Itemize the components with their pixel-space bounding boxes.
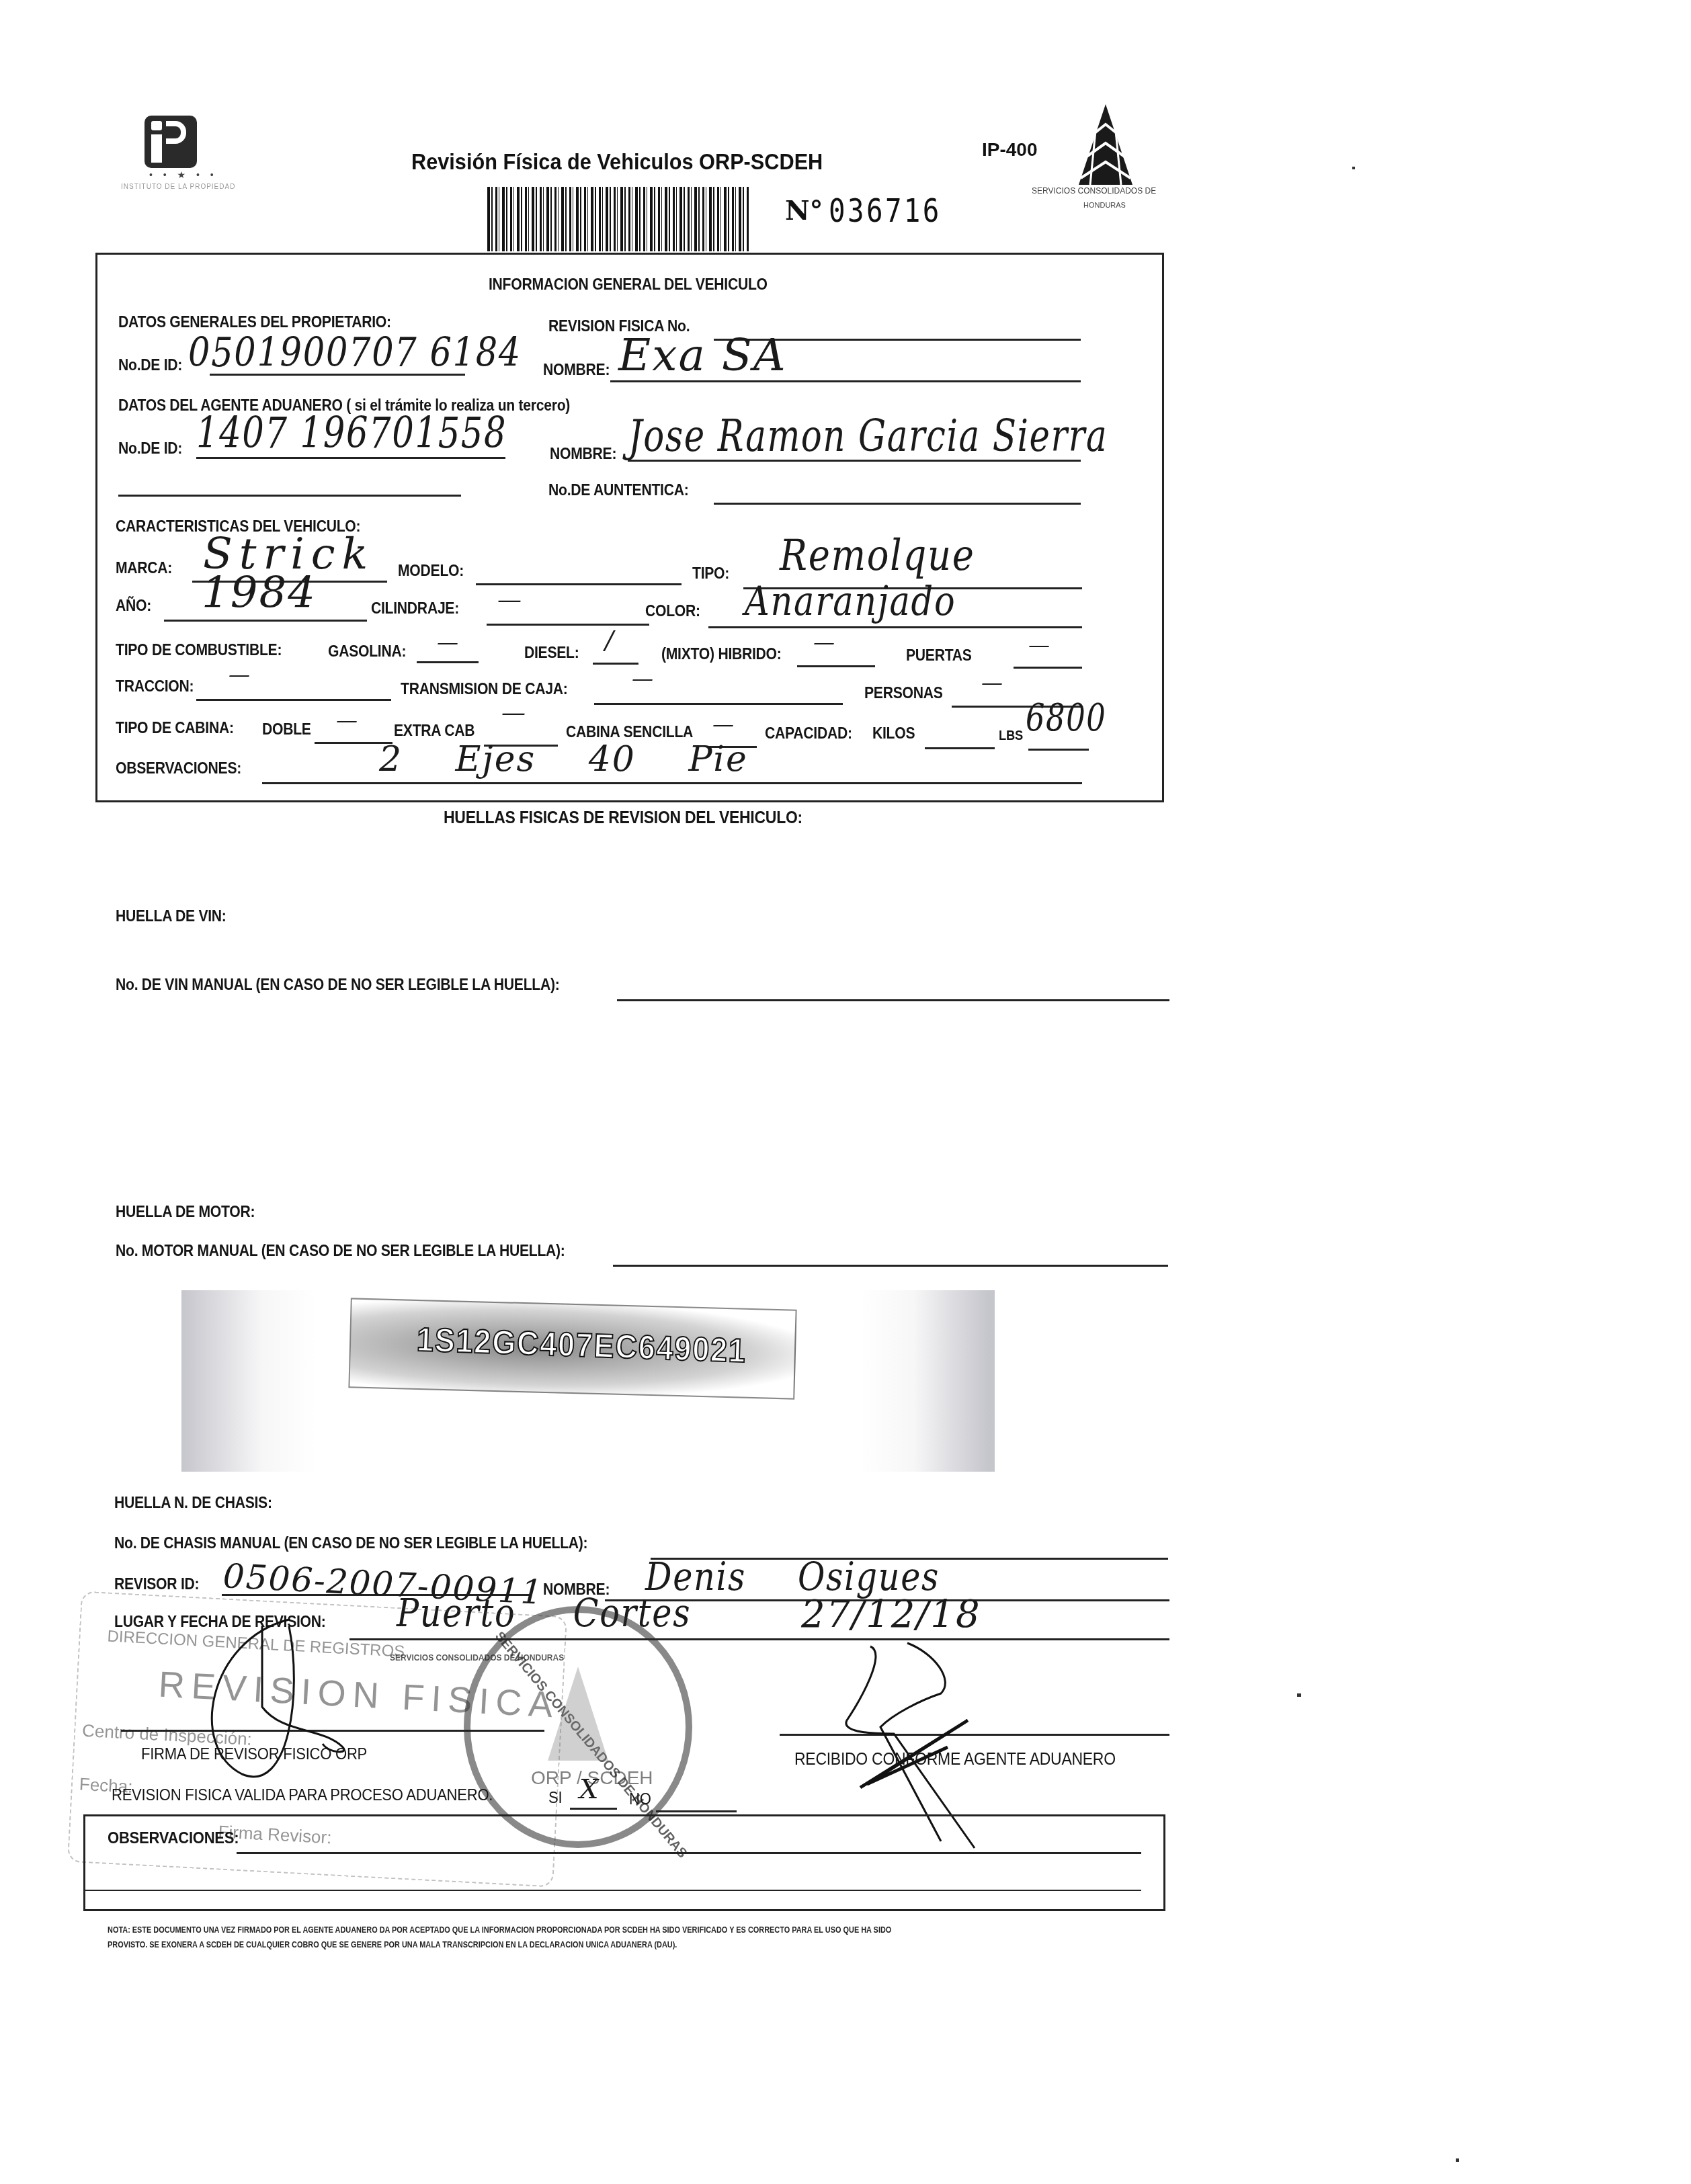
motor-print-image: 1S12GC407EC649021 bbox=[181, 1290, 995, 1472]
marca-label: MARCA: bbox=[116, 559, 172, 577]
ip-logo-stars: • • ★ • • bbox=[149, 169, 218, 181]
hibrido-value: — bbox=[813, 629, 836, 655]
obs-label: OBSERVACIONES: bbox=[108, 1829, 239, 1848]
vin-manual-field[interactable] bbox=[617, 999, 1169, 1001]
page-title: Revisión Física de Vehiculos ORP-SCDEH bbox=[411, 149, 823, 175]
personas-label: PERSONAS bbox=[864, 684, 943, 702]
combustible-label: TIPO DE COMBUSTIBLE: bbox=[116, 641, 282, 659]
no-field[interactable] bbox=[656, 1810, 737, 1812]
date-value: 27/12/18 bbox=[801, 1593, 981, 1636]
kilos-field[interactable] bbox=[925, 747, 995, 749]
gasolina-field[interactable] bbox=[417, 661, 479, 663]
cilindraje-value: — bbox=[497, 586, 523, 614]
scdeh-logo bbox=[1075, 104, 1136, 185]
diesel-label: DIESEL: bbox=[524, 644, 579, 662]
doble-value: — bbox=[336, 707, 359, 732]
personas-value: — bbox=[981, 669, 1004, 695]
observaciones-box bbox=[83, 1814, 1165, 1911]
motor-label: HUELLA DE MOTOR: bbox=[116, 1203, 255, 1221]
agent-extra-field[interactable] bbox=[118, 495, 461, 497]
section-title-general: INFORMACION GENERAL DEL VEHICULO bbox=[489, 276, 768, 294]
traccion-label: TRACCION: bbox=[116, 677, 194, 696]
lbs-field[interactable] bbox=[1028, 749, 1089, 751]
puertas-field[interactable] bbox=[1014, 667, 1082, 669]
color-label: COLOR: bbox=[645, 602, 700, 620]
hibrido-label: (MIXTO) HIBRIDO: bbox=[661, 645, 782, 663]
serial-prefix: N° bbox=[785, 195, 823, 226]
si-value: X bbox=[579, 1774, 600, 1805]
chasis-manual-label: No. DE CHASIS MANUAL (EN CASO DE NO SER … bbox=[114, 1534, 587, 1552]
transmision-field[interactable] bbox=[594, 703, 843, 705]
capacidad-label: CAPACIDAD: bbox=[765, 724, 852, 743]
prints-heading: HUELLAS FISICAS DE REVISION DEL VEHICULO… bbox=[444, 808, 802, 828]
sencilla-label: CABINA SENCILLA bbox=[566, 723, 693, 741]
modelo-field[interactable] bbox=[476, 583, 682, 585]
barcode bbox=[487, 187, 749, 251]
observaciones-label: OBSERVACIONES: bbox=[116, 759, 241, 778]
serial-number: 036716 bbox=[829, 192, 942, 230]
puertas-value: — bbox=[1028, 632, 1051, 657]
footer-note-2: PROVISTO. SE EXONERA A SCDEH DE CUALQUIE… bbox=[108, 1939, 677, 1949]
chasis-label: HUELLA N. DE CHASIS: bbox=[114, 1494, 272, 1512]
speck bbox=[1456, 2158, 1459, 2162]
sencilla-value: — bbox=[712, 711, 735, 737]
owner-id-label: No.DE ID: bbox=[118, 356, 182, 374]
hibrido-field[interactable] bbox=[797, 665, 875, 667]
cilindraje-field[interactable] bbox=[487, 624, 649, 626]
doble-label: DOBLE bbox=[262, 720, 311, 739]
agent-id-label: No.DE ID: bbox=[118, 439, 182, 458]
auth-field[interactable] bbox=[714, 503, 1081, 505]
vin-manual-label: No. DE VIN MANUAL (EN CASO DE NO SER LEG… bbox=[116, 976, 560, 994]
color-value: Anaranjado bbox=[745, 578, 956, 625]
lbs-value: 6800 bbox=[1026, 696, 1106, 740]
diesel-field[interactable] bbox=[593, 663, 638, 665]
obs-field[interactable] bbox=[237, 1852, 1141, 1854]
gasolina-label: GASOLINA: bbox=[328, 642, 406, 661]
agent-id-value: 1407 196701558 bbox=[196, 409, 507, 458]
speck bbox=[1352, 167, 1355, 169]
motor-manual-field[interactable] bbox=[613, 1265, 1168, 1267]
observaciones-field[interactable] bbox=[262, 782, 1082, 784]
motor-manual-label: No. MOTOR MANUAL (EN CASO DE NO SER LEGI… bbox=[116, 1242, 565, 1260]
agent-signature-label: RECIBIDO CONFORME AGENTE ADUANERO bbox=[794, 1750, 1116, 1769]
anio-label: AÑO: bbox=[116, 597, 151, 615]
agent-name-value: Jose Ramon Garcia Sierra bbox=[628, 410, 1108, 462]
scdeh-logo-caption-2: HONDURAS bbox=[1083, 202, 1126, 210]
transmision-value: — bbox=[632, 665, 655, 691]
anio-field[interactable] bbox=[164, 620, 367, 622]
ip-logo-caption: INSTITUTO DE LA PROPIEDAD bbox=[121, 183, 235, 191]
no-label: NO bbox=[629, 1790, 651, 1809]
traccion-field[interactable] bbox=[196, 699, 391, 701]
observaciones-value: 2 Ejes 40 Pie bbox=[379, 739, 748, 780]
color-field[interactable] bbox=[708, 626, 1082, 628]
obs-field-2[interactable] bbox=[83, 1890, 1141, 1891]
scdeh-logo-caption-1: SERVICIOS CONSOLIDADOS DE bbox=[1032, 186, 1156, 196]
tipo-label: TIPO: bbox=[692, 564, 729, 583]
kilos-label: KILOS bbox=[872, 724, 915, 743]
auth-label: No.DE AUNTENTICA: bbox=[548, 481, 688, 499]
anio-value: 1984 bbox=[202, 569, 317, 618]
diesel-value: / bbox=[605, 625, 615, 655]
owner-id-value: 0501900707 6184 bbox=[188, 329, 522, 376]
modelo-label: MODELO: bbox=[398, 562, 464, 580]
lbs-label: LBS bbox=[999, 728, 1023, 744]
speck bbox=[1297, 1693, 1301, 1697]
agent-name-label: NOMBRE: bbox=[550, 445, 616, 463]
owner-name-label: NOMBRE: bbox=[543, 361, 610, 379]
form-code: IP-400 bbox=[982, 139, 1038, 161]
revisor-id-label: REVISOR ID: bbox=[114, 1575, 199, 1593]
cilindraje-label: CILINDRAJE: bbox=[371, 599, 459, 618]
valid-label: REVISION FISICA VALIDA PARA PROCESO ADUA… bbox=[112, 1786, 493, 1805]
vin-label: HUELLA DE VIN: bbox=[116, 907, 226, 925]
owner-heading: DATOS GENERALES DEL PROPIETARIO: bbox=[118, 313, 391, 331]
extracab-label: EXTRA CAB bbox=[394, 722, 475, 740]
tipo-value: Remolque bbox=[780, 531, 975, 581]
puertas-label: PUERTAS bbox=[906, 646, 972, 665]
ip-logo bbox=[145, 116, 197, 168]
extracab-value: — bbox=[501, 699, 527, 726]
scdeh-small-stamp: SERVICIOS CONSOLIDADOS DE HONDURAS bbox=[390, 1653, 564, 1663]
transmision-label: TRANSMISION DE CAJA: bbox=[401, 680, 567, 698]
cabina-label: TIPO DE CABINA: bbox=[116, 719, 234, 737]
traccion-value: — bbox=[229, 661, 251, 687]
owner-name-value: Exa SA bbox=[618, 329, 787, 381]
revisor-signature-label: FIRMA DE REVISOR FISICO ORP bbox=[141, 1745, 367, 1764]
footer-note: NOTA: ESTE DOCUMENTO UNA VEZ FIRMADO POR… bbox=[108, 1925, 891, 1935]
si-label: SI bbox=[548, 1789, 562, 1808]
si-field[interactable] bbox=[570, 1808, 617, 1810]
gasolina-value: — bbox=[437, 629, 460, 655]
